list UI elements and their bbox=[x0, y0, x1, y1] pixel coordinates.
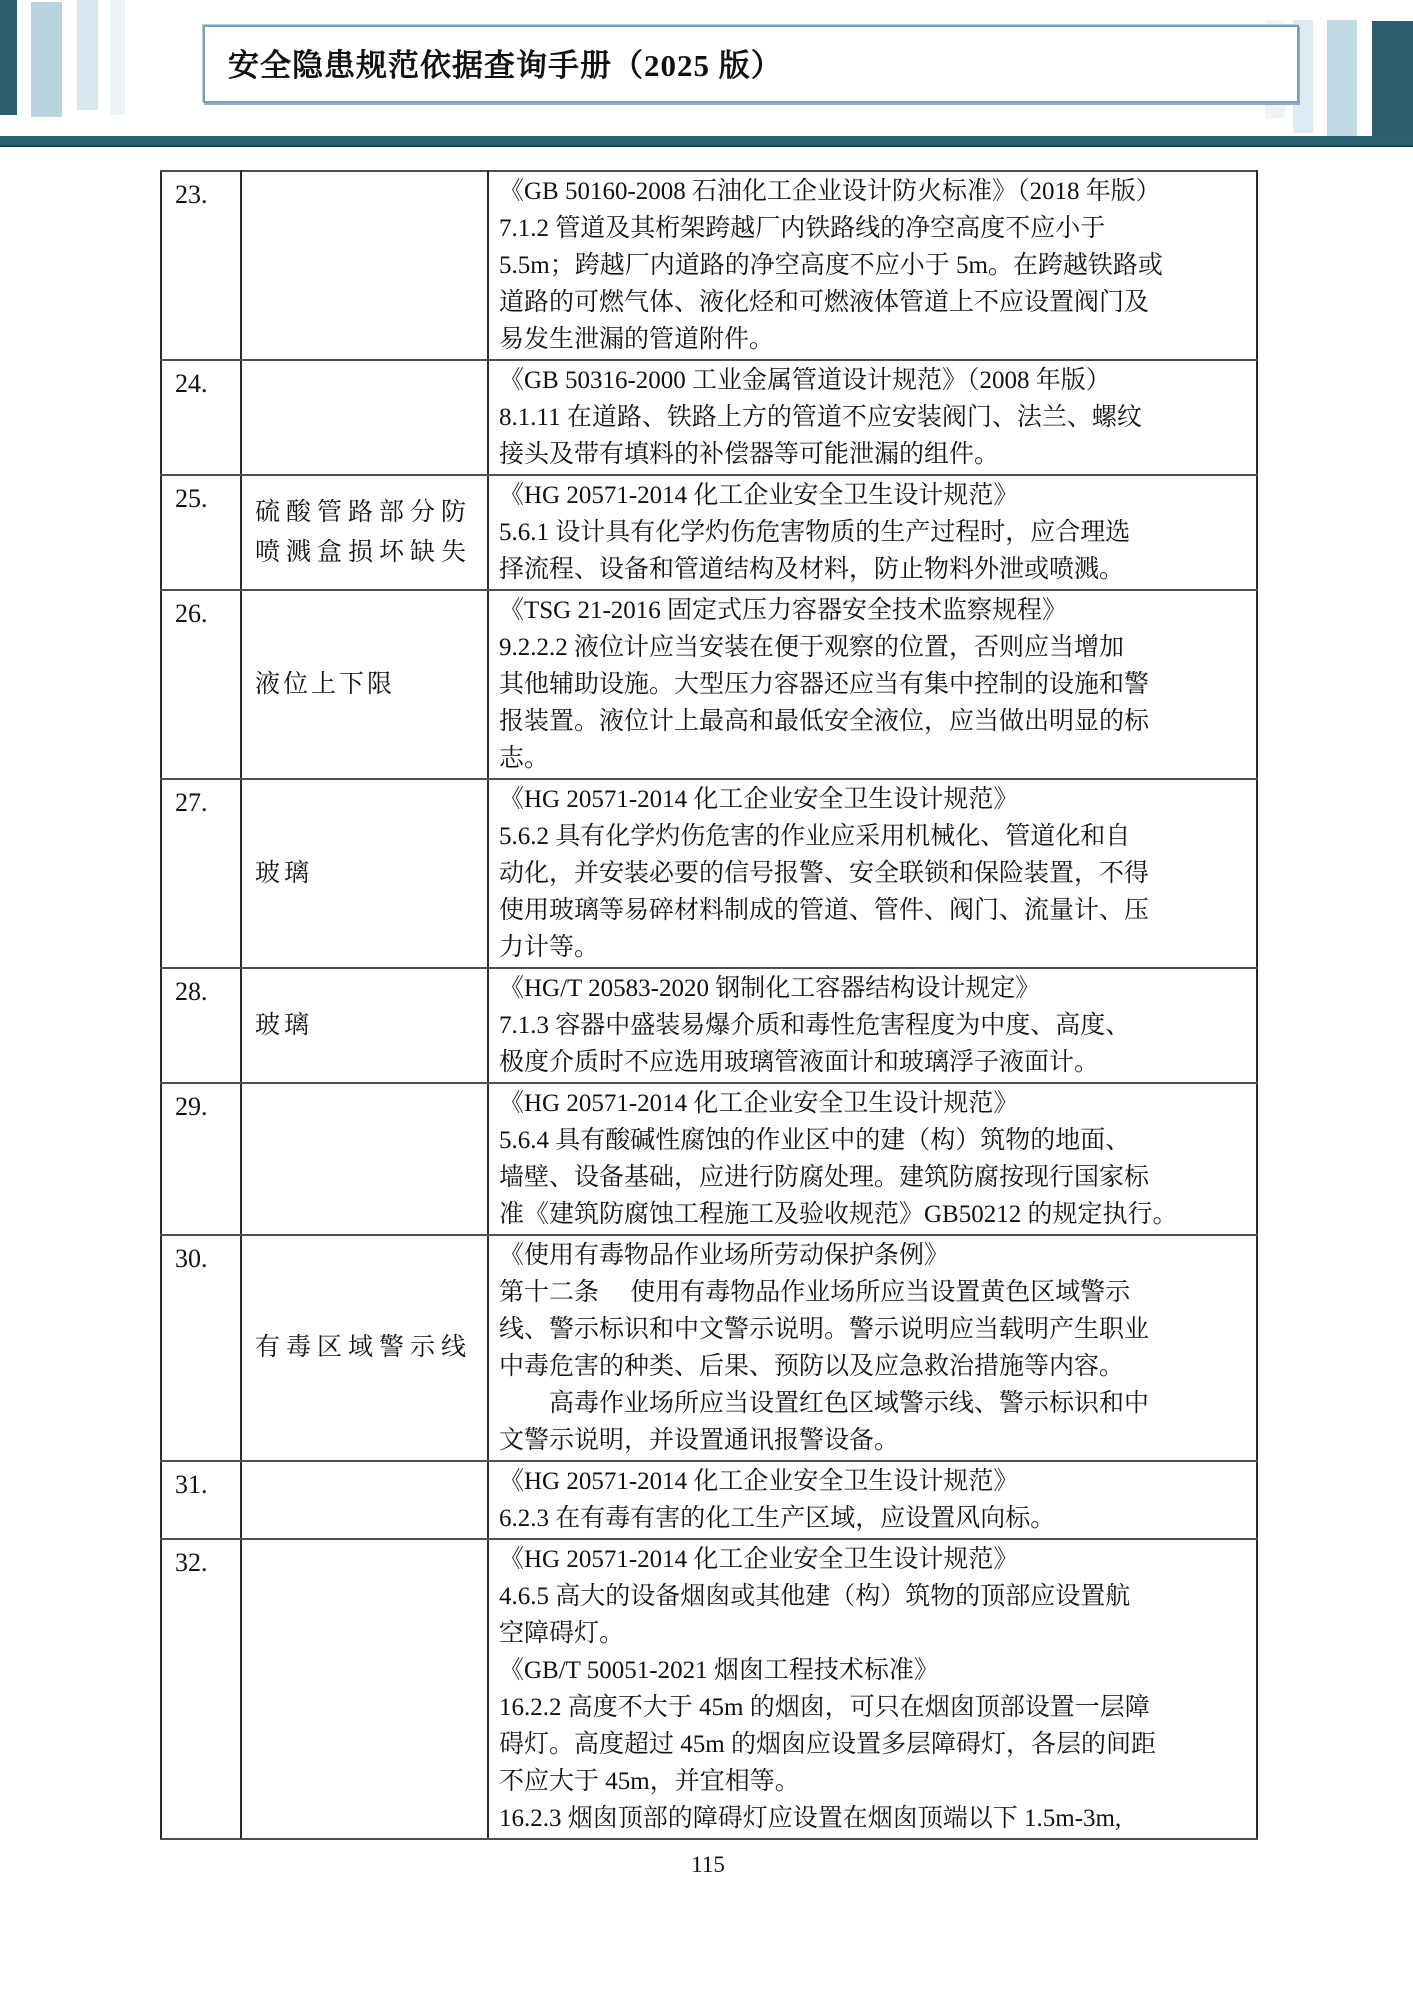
row-category-cell bbox=[241, 1539, 488, 1839]
row-number: 26. bbox=[161, 590, 241, 779]
deco-bar-right-light-1 bbox=[1327, 20, 1357, 136]
table-row: 25. 硫酸管路部分防 喷溅盒损坏缺失 《HG 20571-2014 化工企业安… bbox=[161, 475, 1257, 590]
row-category-cell: 玻璃 bbox=[241, 779, 488, 968]
row-regulation-text: 《HG 20571-2014 化工企业安全卫生设计规范》 4.6.5 高大的设备… bbox=[488, 1539, 1257, 1839]
table-row: 32. 《HG 20571-2014 化工企业安全卫生设计规范》 4.6.5 高… bbox=[161, 1539, 1257, 1839]
deco-bar-right-dark bbox=[1372, 21, 1413, 136]
row-category: 玻璃 bbox=[255, 854, 476, 894]
manual-page: 安全隐患规范依据查询手册（2025 版） 23. 《GB 50160-2008 … bbox=[0, 0, 1413, 2000]
row-number: 29. bbox=[161, 1083, 241, 1235]
row-category-cell bbox=[241, 171, 488, 360]
row-number: 27. bbox=[161, 779, 241, 968]
row-category: 有毒区域警示线 bbox=[255, 1328, 476, 1368]
regulations-table: 23. 《GB 50160-2008 石油化工企业设计防火标准》（2018 年版… bbox=[160, 170, 1258, 1840]
header-title-box: 安全隐患规范依据查询手册（2025 版） bbox=[203, 25, 1299, 103]
row-category-cell: 硫酸管路部分防 喷溅盒损坏缺失 bbox=[241, 475, 488, 590]
row-category: 硫酸管路部分防 喷溅盒损坏缺失 bbox=[255, 493, 476, 573]
row-regulation-text: 《HG 20571-2014 化工企业安全卫生设计规范》 5.6.2 具有化学灼… bbox=[488, 779, 1257, 968]
row-number: 23. bbox=[161, 171, 241, 360]
row-category-cell: 液位上下限 bbox=[241, 590, 488, 779]
row-category: 玻璃 bbox=[255, 1006, 476, 1046]
row-category-cell: 玻璃 bbox=[241, 968, 488, 1083]
table-row: 29. 《HG 20571-2014 化工企业安全卫生设计规范》 5.6.4 具… bbox=[161, 1083, 1257, 1235]
row-regulation-text: 《HG 20571-2014 化工企业安全卫生设计规范》 5.6.1 设计具有化… bbox=[488, 475, 1257, 590]
row-category-cell bbox=[241, 1461, 488, 1539]
row-category-cell: 有毒区域警示线 bbox=[241, 1235, 488, 1461]
row-number: 24. bbox=[161, 360, 241, 475]
row-category-cell bbox=[241, 360, 488, 475]
row-regulation-text: 《HG 20571-2014 化工企业安全卫生设计规范》 5.6.4 具有酸碱性… bbox=[488, 1083, 1257, 1235]
row-number: 25. bbox=[161, 475, 241, 590]
row-regulation-text: 《使用有毒物品作业场所劳动保护条例》 第十二条 使用有毒物品作业场所应当设置黄色… bbox=[488, 1235, 1257, 1461]
row-regulation-text: 《TSG 21-2016 固定式压力容器安全技术监察规程》 9.2.2.2 液位… bbox=[488, 590, 1257, 779]
deco-bar-left-light-3 bbox=[110, 0, 125, 115]
row-regulation-text: 《GB 50160-2008 石油化工企业设计防火标准》（2018 年版） 7.… bbox=[488, 171, 1257, 360]
row-number: 31. bbox=[161, 1461, 241, 1539]
row-category: 液位上下限 bbox=[255, 665, 476, 705]
row-regulation-text: 《HG/T 20583-2020 钢制化工容器结构设计规定》 7.1.3 容器中… bbox=[488, 968, 1257, 1083]
deco-bar-left-light-1 bbox=[31, 2, 62, 117]
table-row: 30. 有毒区域警示线 《使用有毒物品作业场所劳动保护条例》 第十二条 使用有毒… bbox=[161, 1235, 1257, 1461]
deco-bar-left-light-2 bbox=[77, 0, 98, 110]
table-row: 23. 《GB 50160-2008 石油化工企业设计防火标准》（2018 年版… bbox=[161, 171, 1257, 360]
table-row: 27. 玻璃 《HG 20571-2014 化工企业安全卫生设计规范》 5.6.… bbox=[161, 779, 1257, 968]
row-regulation-text: 《GB 50316-2000 工业金属管道设计规范》（2008 年版） 8.1.… bbox=[488, 360, 1257, 475]
table-row: 28. 玻璃 《HG/T 20583-2020 钢制化工容器结构设计规定》 7.… bbox=[161, 968, 1257, 1083]
page-title: 安全隐患规范依据查询手册（2025 版） bbox=[205, 27, 1297, 85]
row-number: 30. bbox=[161, 1235, 241, 1461]
table-row: 24. 《GB 50316-2000 工业金属管道设计规范》（2008 年版） … bbox=[161, 360, 1257, 475]
row-category-cell bbox=[241, 1083, 488, 1235]
table-row: 26. 液位上下限 《TSG 21-2016 固定式压力容器安全技术监察规程》 … bbox=[161, 590, 1257, 779]
table-row: 31. 《HG 20571-2014 化工企业安全卫生设计规范》 6.2.3 在… bbox=[161, 1461, 1257, 1539]
header-divider-band bbox=[0, 136, 1413, 147]
row-number: 32. bbox=[161, 1539, 241, 1839]
page-number: 115 bbox=[160, 1852, 1256, 1878]
row-regulation-text: 《HG 20571-2014 化工企业安全卫生设计规范》 6.2.3 在有毒有害… bbox=[488, 1461, 1257, 1539]
row-number: 28. bbox=[161, 968, 241, 1083]
deco-bar-left-dark bbox=[0, 0, 17, 115]
